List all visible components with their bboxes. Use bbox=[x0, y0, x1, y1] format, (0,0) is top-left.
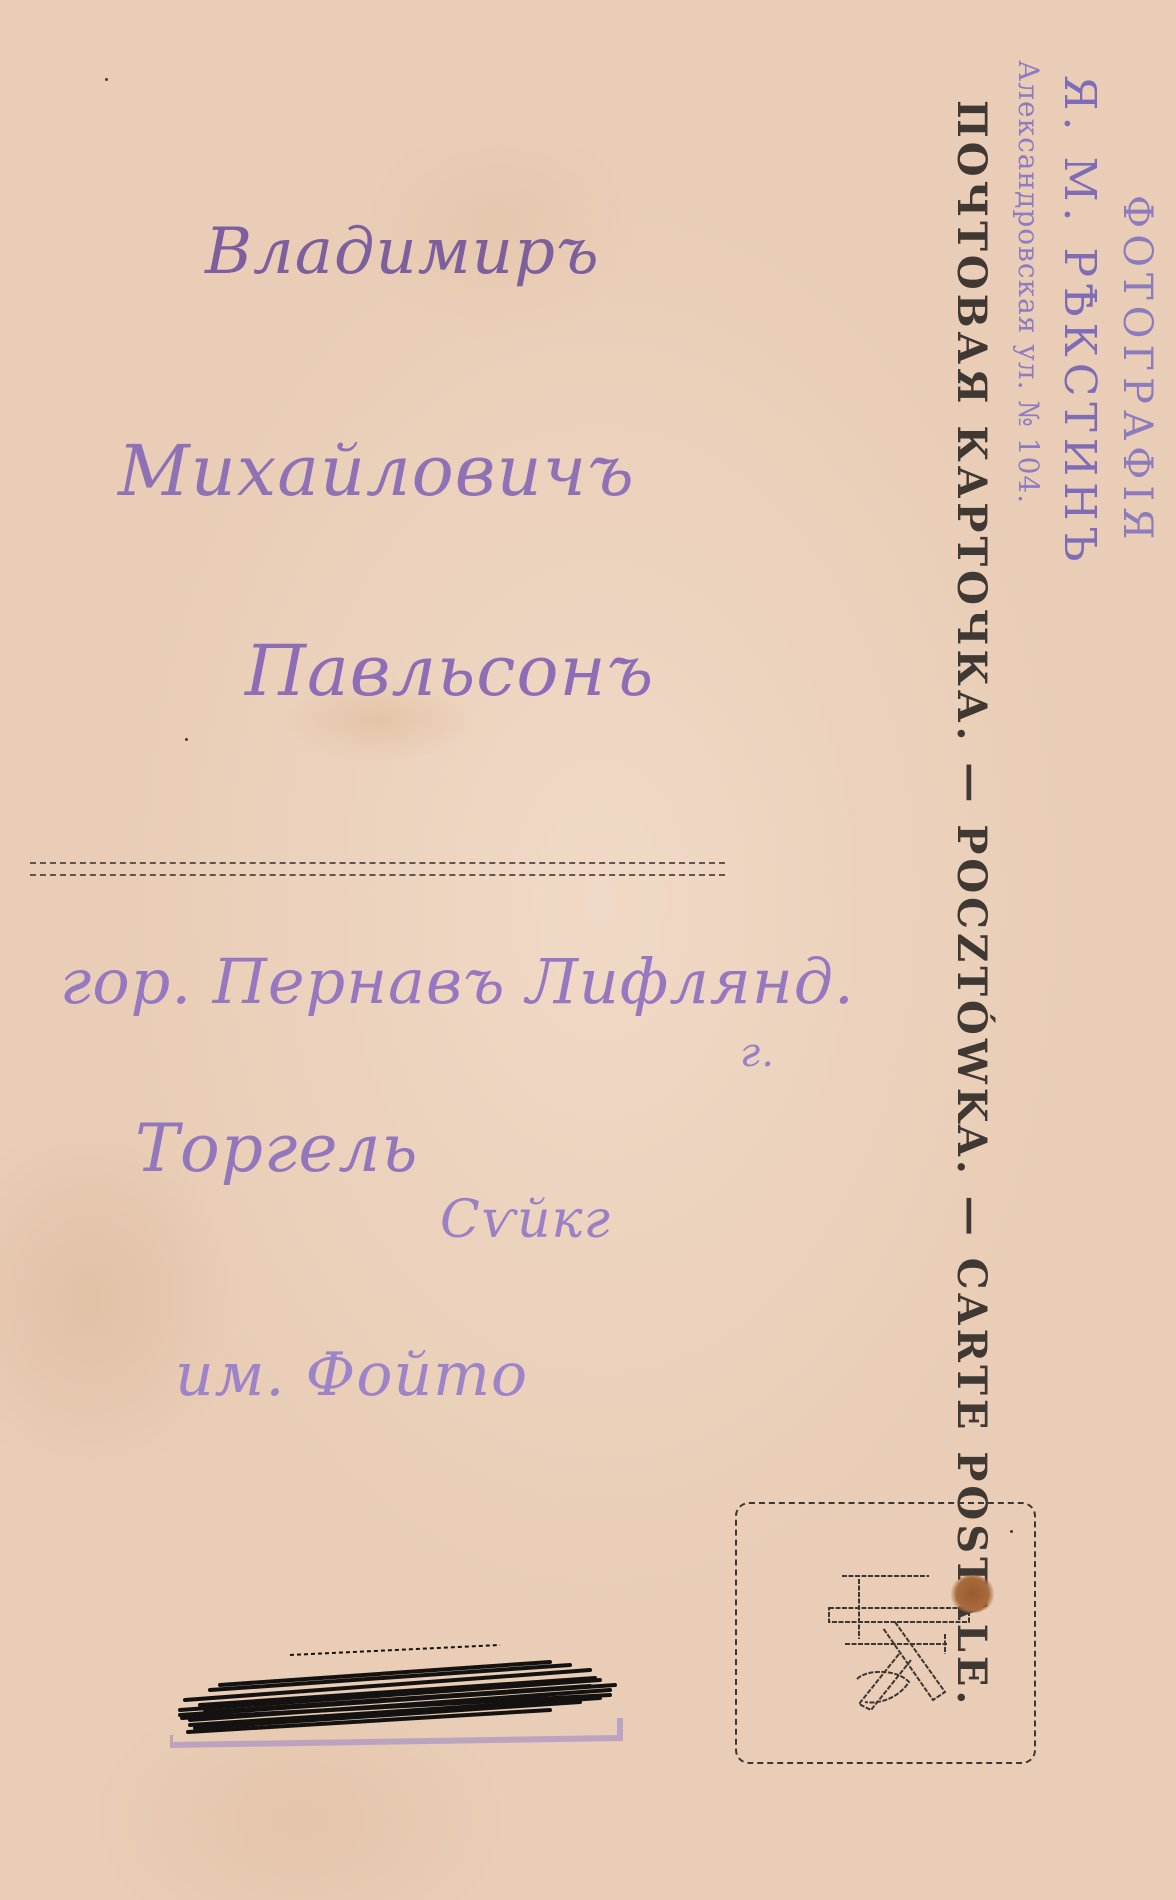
recipient-patronymic: Михайловичъ bbox=[118, 430, 635, 512]
address-divider-line bbox=[30, 862, 725, 864]
rust-stain bbox=[950, 1575, 995, 1613]
paper-speck bbox=[185, 738, 188, 741]
city-suffix: г. bbox=[740, 1030, 775, 1076]
postcard-back: Владимиръ Михайловичъ Павльсонъ гор. Пер… bbox=[0, 0, 1176, 1900]
recipient-surname: Павльсонъ bbox=[245, 630, 654, 712]
estate-line: им. Фойто bbox=[175, 1340, 528, 1410]
printed-header: ПОЧТОВАЯ КАРТОЧКА. — POCZTÓWKA. — CARTE … bbox=[948, 100, 995, 1708]
monogram-emblem-icon bbox=[737, 1504, 1034, 1762]
photographer-stamp-title: ФОТОГРАФІЯ bbox=[1114, 195, 1160, 545]
paper-speck bbox=[1010, 1530, 1013, 1533]
city-line: гор. Пернавъ Лифлянд. bbox=[60, 945, 855, 1018]
street-line: Торгель bbox=[135, 1110, 418, 1187]
redaction-scribble-icon bbox=[170, 1640, 630, 1750]
photographer-stamp-name: Я. М. РѢКСТИНЪ bbox=[1054, 75, 1105, 567]
paper-speck bbox=[105, 78, 108, 81]
recipient-first-name: Владимиръ bbox=[205, 215, 600, 289]
street-line-2: Сѵйкг bbox=[440, 1190, 611, 1250]
address-divider-line-2 bbox=[30, 874, 725, 876]
photographer-stamp-address: Александровская ул. № 104. bbox=[1012, 60, 1045, 504]
stamp-placement-box bbox=[735, 1502, 1036, 1764]
